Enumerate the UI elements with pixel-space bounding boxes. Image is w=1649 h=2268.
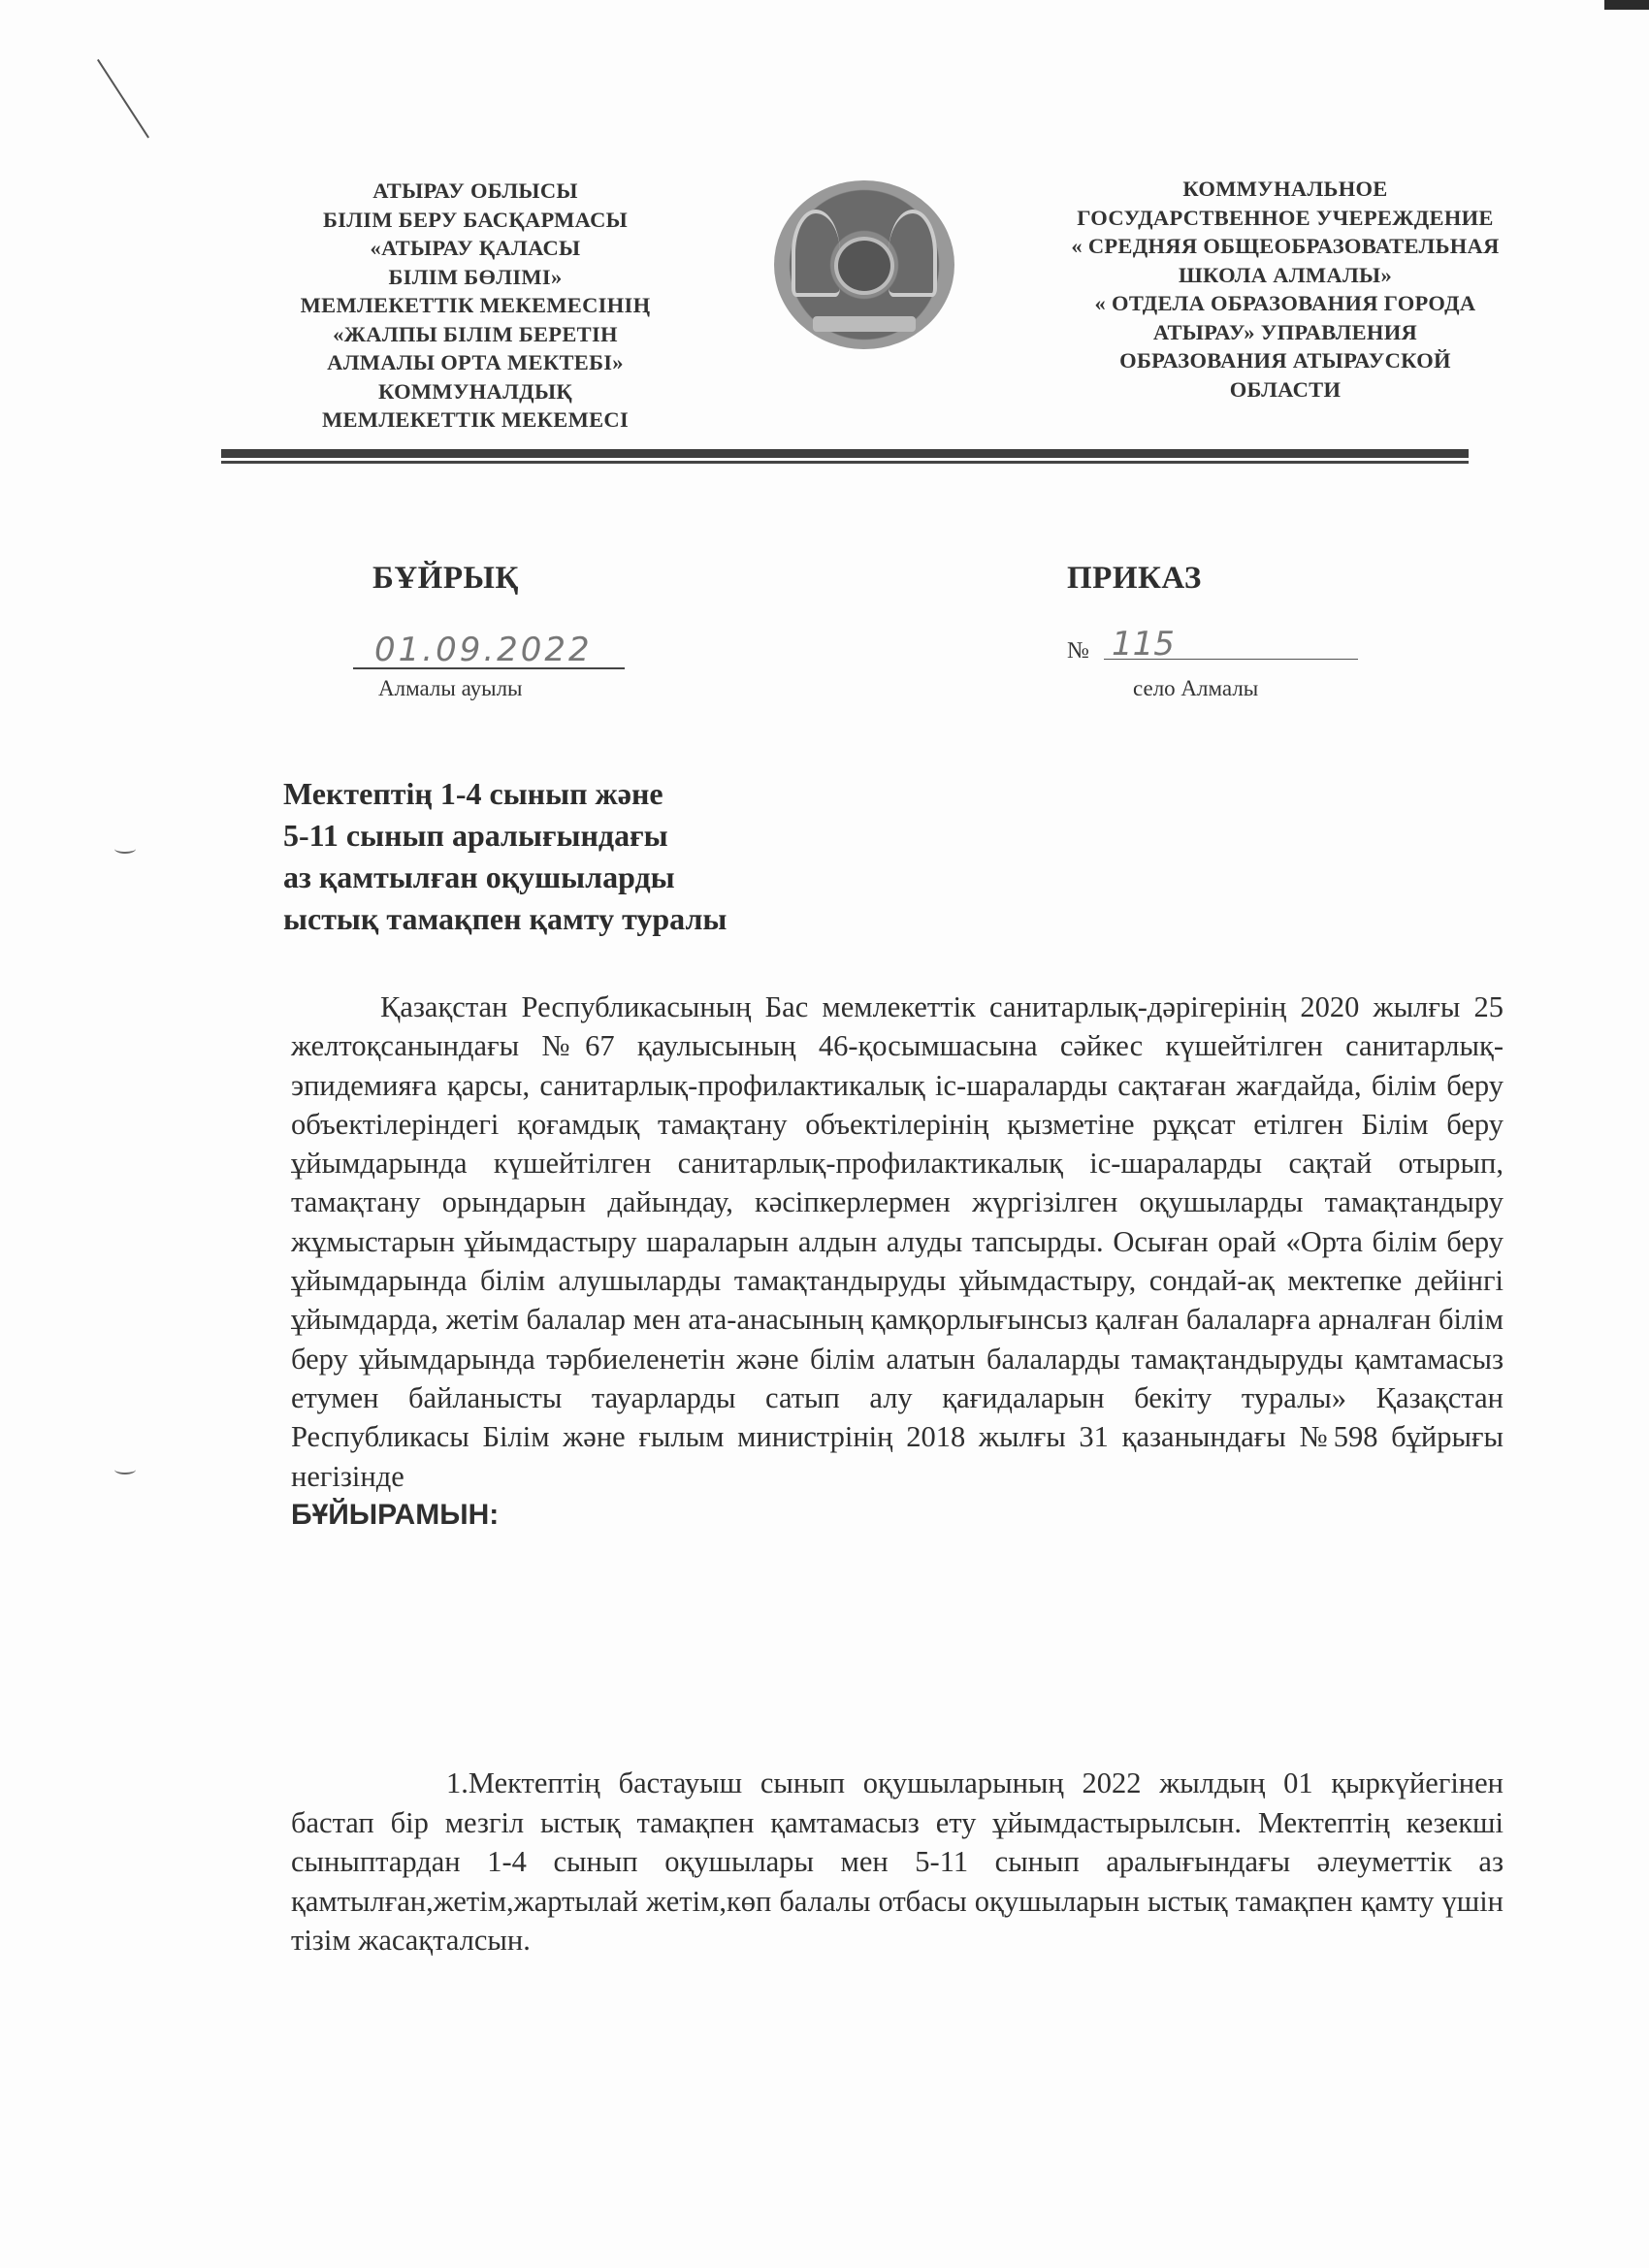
org-line: АЛМАЛЫ ОРТА МЕКТЕБІ»: [281, 348, 669, 377]
org-line: БІЛІМ БӨЛІМІ»: [281, 263, 669, 292]
org-line: ОБЛАСТИ: [1028, 375, 1542, 405]
number-sign: №: [1067, 638, 1089, 664]
scan-corner-mark: [1604, 0, 1649, 10]
subject-line: 5-11 сынып аралығындағы: [283, 815, 865, 857]
org-line: БІЛІМ БЕРУ БАСҚАРМАСЫ: [281, 206, 669, 235]
binder-hole-mark: [114, 1465, 136, 1474]
order-date-handwritten: 01.09.2022: [374, 631, 593, 669]
order-subject: Мектептің 1-4 сынып және 5-11 сынып арал…: [283, 773, 865, 940]
order-date-field: 01.09.2022: [353, 629, 625, 669]
org-line: «АТЫРАУ ҚАЛАСЫ: [281, 234, 669, 263]
binder-hole-mark: [114, 844, 136, 854]
org-header-russian: КОММУНАЛЬНОЕ ГОСУДАРСТВЕННОЕ УЧЕРЕЖДЕНИЕ…: [1028, 175, 1542, 404]
place-russian: село Алмалы: [1133, 676, 1258, 701]
subject-line: аз қамтылған оқушыларды: [283, 857, 865, 898]
org-line: АТЫРАУ ОБЛЫСЫ: [281, 177, 669, 206]
order-body: Қазақстан Республикасының Бас мемлекетті…: [291, 988, 1503, 1535]
order-title-russian: ПРИКАЗ: [1067, 561, 1202, 597]
order-item-1: 1.Мектептің бастауыш сынып оқушыларының …: [291, 1764, 1503, 1960]
org-line: ГОСУДАРСТВЕННОЕ УЧЕРЕЖДЕНИЕ: [1028, 204, 1542, 233]
order-title-kazakh: БҰЙРЫҚ: [372, 561, 519, 597]
preamble-paragraph: Қазақстан Республикасының Бас мемлекетті…: [291, 988, 1503, 1496]
org-line: ШКОЛА АЛМАЛЫ»: [1028, 261, 1542, 290]
place-kazakh: Алмалы ауылы: [378, 676, 523, 701]
org-line: « ОТДЕЛА ОБРАЗОВАНИЯ ГОРОДА: [1028, 289, 1542, 318]
org-line: КОММУНАЛДЫҚ: [281, 377, 669, 406]
pen-stroke-mark: [97, 59, 149, 139]
org-line: «ЖАЛПЫ БІЛІМ БЕРЕТІН: [281, 320, 669, 349]
order-number-handwritten: 115: [1112, 625, 1175, 664]
org-line: КОММУНАЛЬНОЕ: [1028, 175, 1542, 204]
state-emblem-icon: [774, 180, 954, 349]
org-line: АТЫРАУ» УПРАВЛЕНИЯ: [1028, 318, 1542, 347]
org-line: МЕМЛЕКЕТТІК МЕКЕМЕСІНІҢ: [281, 291, 669, 320]
header-divider-thin: [221, 461, 1469, 464]
org-line: МЕМЛЕКЕТТІК МЕКЕМЕСІ: [281, 405, 669, 435]
org-line: « СРЕДНЯЯ ОБЩЕОБРАЗОВАТЕЛЬНАЯ: [1028, 232, 1542, 261]
order-directive-word: БҰЙЫРАМЫН:: [291, 1496, 1503, 1535]
org-header-kazakh: АТЫРАУ ОБЛЫСЫ БІЛІМ БЕРУ БАСҚАРМАСЫ «АТЫ…: [281, 177, 669, 435]
subject-line: Мектептің 1-4 сынып және: [283, 773, 865, 815]
header-divider-thick: [221, 449, 1469, 458]
subject-line: ыстық тамақпен қамту туралы: [283, 898, 865, 940]
org-line: ОБРАЗОВАНИЯ АТЫРАУСКОЙ: [1028, 346, 1542, 375]
order-number-field: № 115: [1067, 629, 1358, 667]
